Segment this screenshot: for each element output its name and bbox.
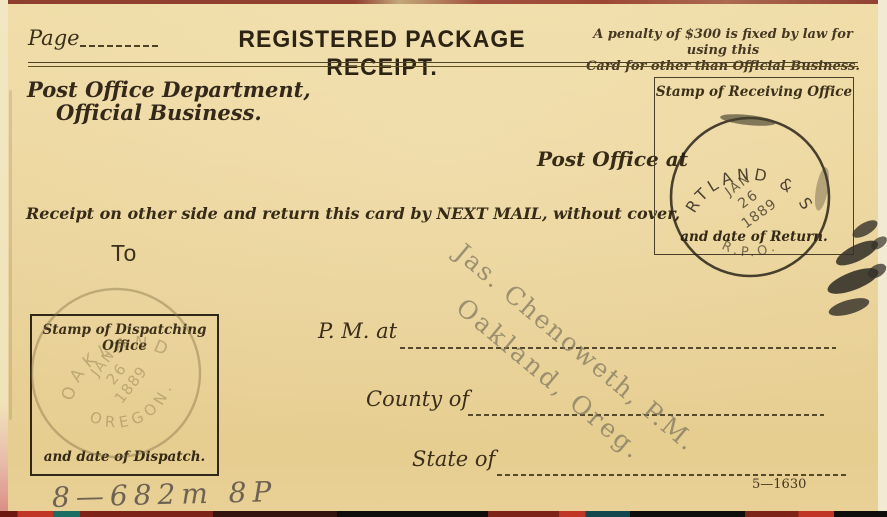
pm-at-label: P. M. at (318, 319, 397, 343)
county-label: County of (366, 387, 469, 411)
return-instruction: Receipt on other side and return this ca… (26, 204, 680, 223)
ink-smudge (813, 213, 887, 323)
department-line-2: Official Business. (56, 100, 262, 125)
receiving-postmark-stamp-icon: PORTLAND & SAC R.P.O. JAN 26 1889 (662, 109, 838, 285)
page-label: Page (28, 26, 80, 50)
to-label: To (111, 240, 137, 267)
pencil-note: 8—682m 8P (52, 475, 278, 514)
state-label: State of (412, 447, 495, 471)
card-title: REGISTERED PACKAGE RECEIPT. (188, 25, 576, 81)
receiving-postmark-arc-bottom: R.P.O. (719, 239, 780, 261)
svg-text:R.P.O.: R.P.O. (719, 239, 780, 261)
registered-package-receipt-card: Page REGISTERED PACKAGE RECEIPT. A penal… (0, 0, 887, 517)
penalty-notice: A penalty of $300 is fixed by law for us… (577, 27, 869, 75)
scan-edge-bottom (0, 511, 887, 517)
penalty-line-1: A penalty of $300 is fixed by law for us… (577, 27, 869, 59)
dispatching-postmark-stamp-icon: OAKLAND OREGON. JAN 26 1889 (20, 277, 212, 469)
page-blank-line (80, 45, 160, 47)
department-line-1: Post Office Department, (27, 77, 311, 102)
card-crease (9, 90, 12, 420)
form-number: 5—1630 (752, 477, 806, 492)
pm-at-blank-line (400, 347, 836, 349)
header-double-rule (28, 62, 858, 67)
scan-edge-left (0, 0, 8, 517)
scan-edge-top (0, 0, 887, 4)
receiving-box-header: Stamp of Receiving Office (655, 84, 853, 100)
